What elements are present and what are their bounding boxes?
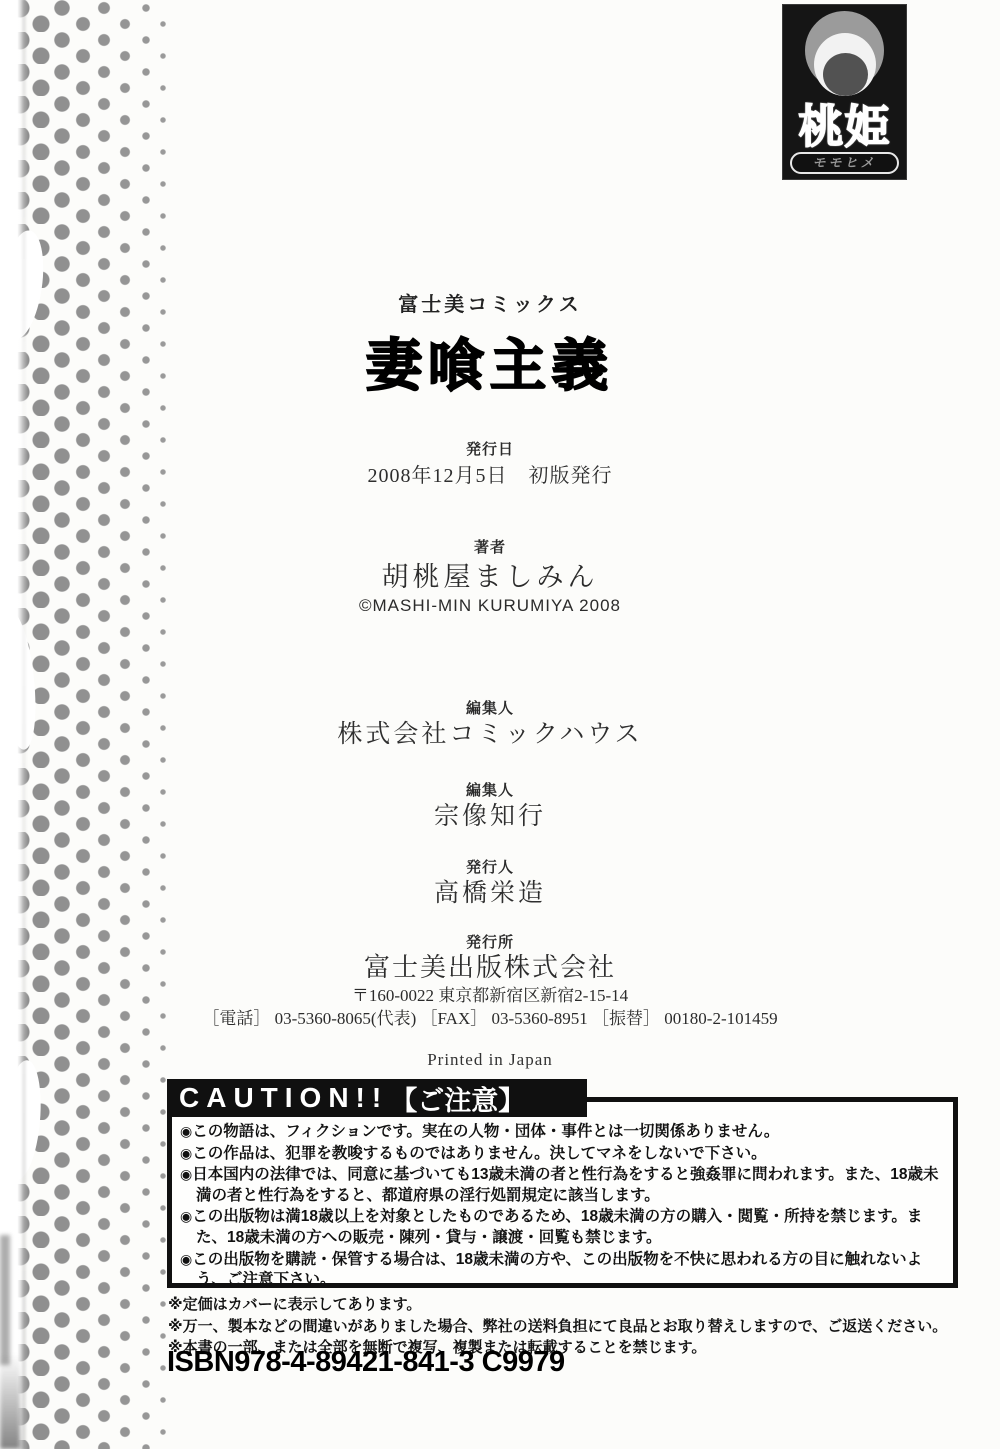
scan-smudge [0,1354,20,1449]
publisher-name: 富士美出版株式会社 [60,947,920,984]
bullseye-bullet-icon: ◉ [180,1208,192,1224]
scan-shadow [22,0,26,1449]
author-label: 著者 [60,536,920,557]
issue-date: 2008年12月5日 初版発行 [60,459,920,488]
caution-item-text: この出版物を購読・保管する場合は、18歳未満の方や、この出版物を不快に思われる方… [192,1251,922,1289]
caution-list: ◉この物語は、フィクションです。実在の人物・団体・事件とは一切関係ありません。 … [180,1121,949,1291]
publisher-person-name: 高橋栄造 [60,873,920,909]
copyright-line: ©MASHI-MIN KURUMIYA 2008 [60,596,920,616]
issue-label: 発行日 [60,438,920,459]
caution-item: ◉この出版物は満18歳以上を対象としたものであるため、18歳未満の方の購入・閲覧… [180,1206,949,1248]
note-line: ※定価はカバーに表示してあります。 [168,1294,958,1316]
publisher-address: 〒160-0022 東京都新宿区新宿2-15-14 [60,981,920,1006]
book-title: 妻喰主義 [60,322,920,402]
caution-item: ◉この作品は、犯罪を教唆するものではありません。決してマネをしないで下さい。 [180,1143,949,1165]
momohime-logo: 桃姫 モモヒメ [782,4,907,180]
caution-item-text: この物語は、フィクションです。実在の人物・団体・事件とは一切関係ありません。 [192,1123,779,1140]
author-name: 胡桃屋ましみん [60,555,920,594]
isbn-code: ISBN978-4-89421-841-3 C9979 [167,1346,565,1379]
caution-item-text: 日本国内の法律では、同意に基づいても13歳未満の者と性行為をすると強姦罪に問われ… [192,1166,938,1204]
series-name: 富士美コミックス [60,288,920,317]
caution-box: CAUTION!! 【ご注意】 ◉この物語は、フィクションです。実在の人物・団体… [167,1079,958,1288]
caution-item: ◉日本国内の法律では、同意に基づいても13歳未満の者と性行為をすると強姦罪に問わ… [180,1164,949,1206]
bullseye-bullet-icon: ◉ [180,1251,192,1267]
scan-smudge [0,1235,10,1365]
editor-name: 宗像知行 [60,796,920,832]
note-line: ※万一、製本などの間違いがありました場合、弊社の送料負担にて良品とお取り替えしま… [168,1316,958,1338]
publisher-contacts: ［電話］ 03-5360-8065(代表) ［FAX］ 03-5360-8951… [60,1004,920,1029]
caution-header: CAUTION!! 【ご注意】 [167,1079,587,1117]
caution-item-text: この出版物は満18歳以上を対象としたものであるため、18歳未満の方の購入・閲覧・… [192,1208,922,1246]
printed-in-japan: Printed in Japan [60,1050,920,1070]
bullseye-bullet-icon: ◉ [180,1145,192,1161]
caution-header-jp: 【ご注意】 [390,1079,525,1118]
logo-banner: モモヒメ [790,152,899,174]
bullseye-bullet-icon: ◉ [180,1166,192,1182]
colophon-page: 桃姫 モモヒメ 富士美コミックス 妻喰主義 発行日 2008年12月5日 初版発… [0,0,1000,1449]
caution-body: ◉この物語は、フィクションです。実在の人物・団体・事件とは一切関係ありません。 … [180,1121,949,1291]
caution-item-text: この作品は、犯罪を教唆するものではありません。決してマネをしないで下さい。 [192,1145,766,1162]
caution-header-en: CAUTION!! [179,1082,388,1114]
editor-company-name: 株式会社コミックハウス [60,714,920,750]
logo-title: 桃姫 [782,90,907,155]
caution-item: ◉この出版物を購読・保管する場合は、18歳未満の方や、この出版物を不快に思われる… [180,1249,949,1291]
caution-item: ◉この物語は、フィクションです。実在の人物・団体・事件とは一切関係ありません。 [180,1121,949,1143]
bullseye-bullet-icon: ◉ [180,1123,192,1139]
